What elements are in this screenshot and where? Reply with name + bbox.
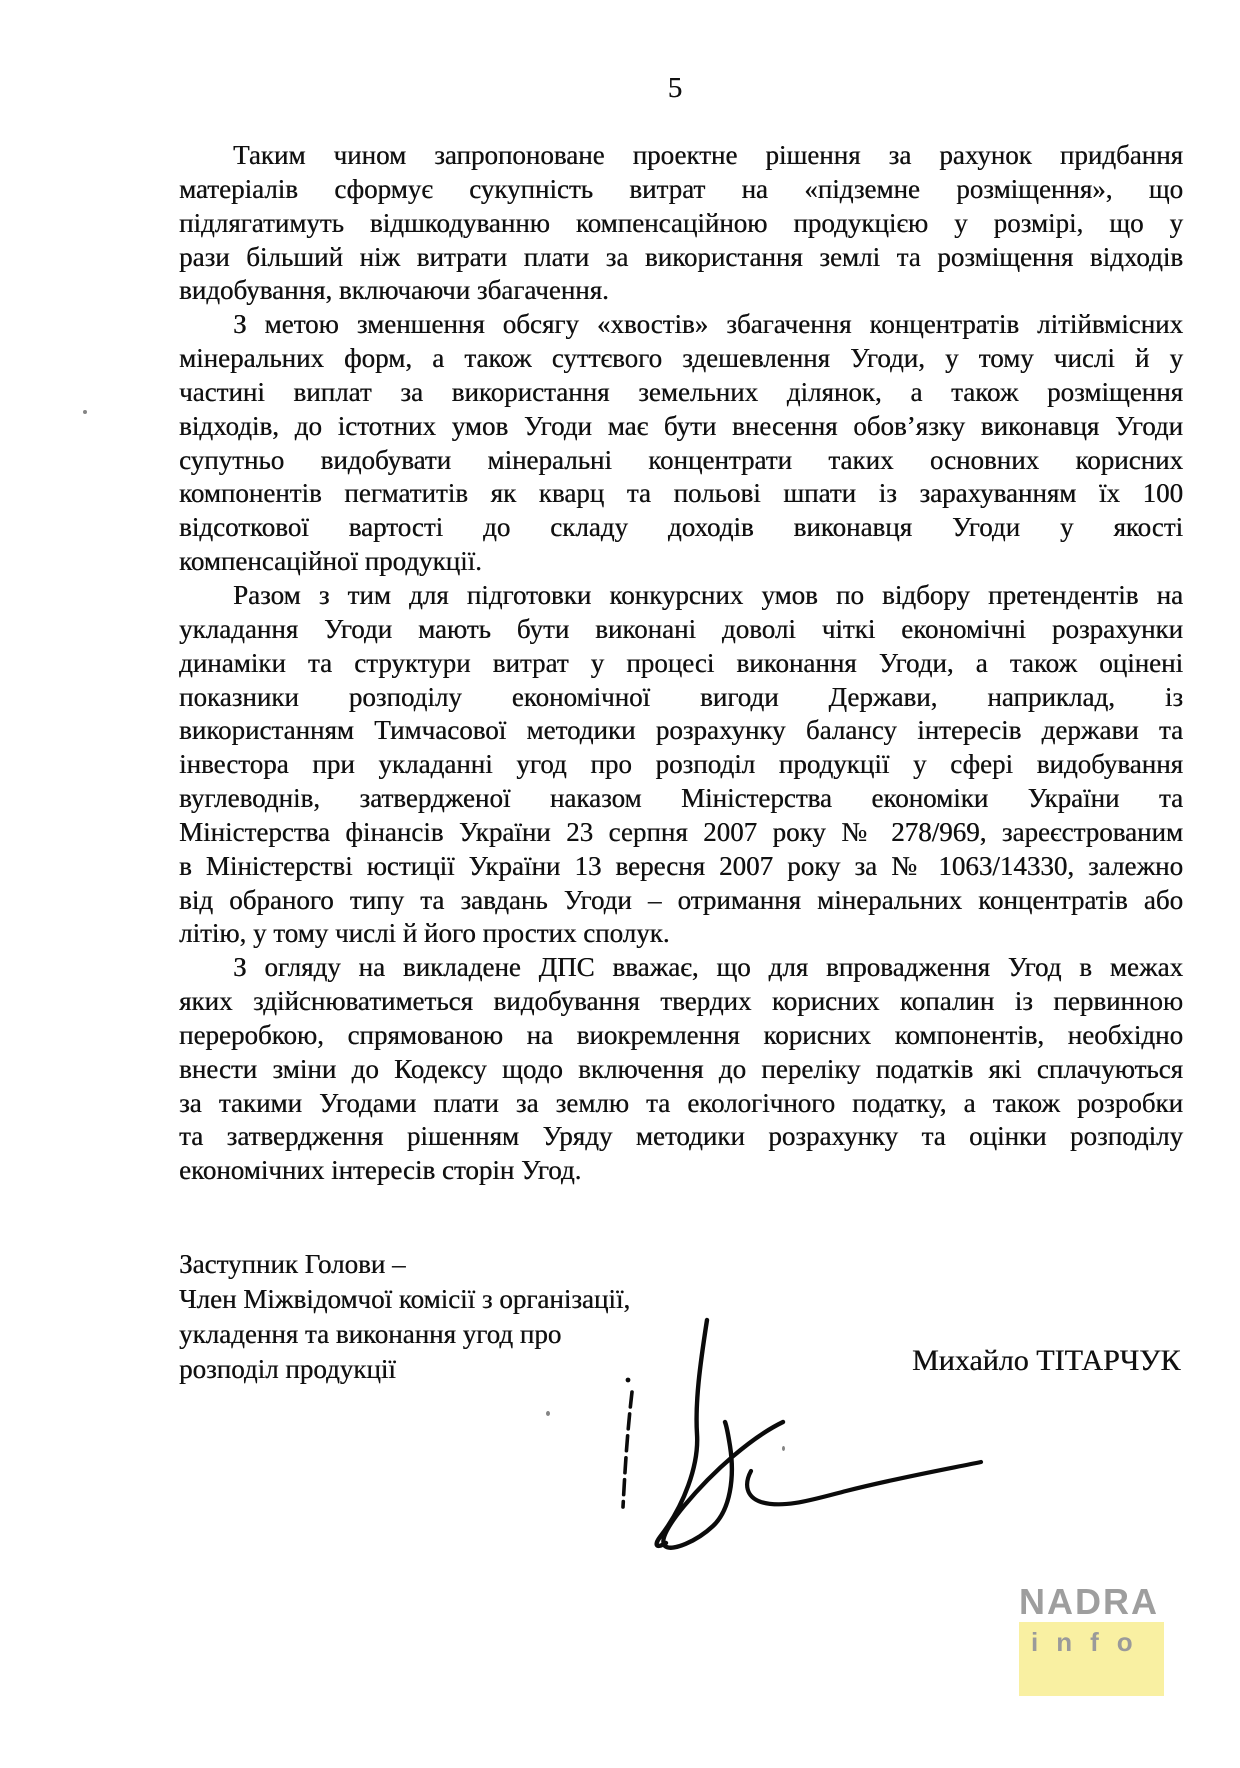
text-line: за такими Угодами плати за землю та екол… xyxy=(179,1087,1183,1121)
text-line: інвестора при укладанні угод про розподі… xyxy=(179,748,1183,782)
text-line: супутньо видобувати мінеральні концентра… xyxy=(179,444,1183,478)
text-line: вуглеводнів, затвердженої наказом Мініст… xyxy=(179,782,1183,816)
signature-title-line: Заступник Голови – xyxy=(179,1247,779,1282)
text-line: внести зміни до Кодексу щодо включення д… xyxy=(179,1053,1183,1087)
text-line: від обраного типу та завдань Угоди – отр… xyxy=(179,884,1183,918)
page-number: 5 xyxy=(660,72,690,105)
text-line: компонентів пегматитів як кварц та польо… xyxy=(179,477,1183,511)
watermark: NADRA info xyxy=(1019,1584,1179,1696)
text-line: Разом з тим для підготовки конкурсних ум… xyxy=(179,579,1183,613)
text-line: показники розподілу економічної вигоди Д… xyxy=(179,681,1183,715)
scan-artifact-dot xyxy=(546,1411,550,1416)
text-line: Міністерства фінансів України 23 серпня … xyxy=(179,816,1183,850)
text-line: Таким чином запропоноване проектне рішен… xyxy=(179,139,1183,173)
text-line: компенсаційної продукції. xyxy=(179,545,1183,579)
text-line: динаміки та структури витрат у процесі в… xyxy=(179,647,1183,681)
signer-name: Михайло ТІТАРЧУК xyxy=(912,1344,1180,1378)
text-line: відходів, до істотних умов Угоди має бут… xyxy=(179,410,1183,444)
text-line: З метою зменшення обсягу «хвостів» збага… xyxy=(179,308,1183,342)
scan-artifact-dot xyxy=(83,410,87,414)
scan-artifact-dot xyxy=(782,1446,785,1451)
text-line: видобування, включаючи збагачення. xyxy=(179,274,1183,308)
document-page: 5 Таким чином запропоноване проектне ріш… xyxy=(0,0,1240,1768)
text-line: мінеральних форм, а також суттєвого здеш… xyxy=(179,342,1183,376)
text-line: яких здійснюватиметься видобування тверд… xyxy=(179,985,1183,1019)
watermark-info-box: info xyxy=(1019,1622,1164,1696)
text-line: укладання Угоди мають бути виконані дово… xyxy=(179,613,1183,647)
text-line: З огляду на викладене ДПС вважає, що для… xyxy=(179,951,1183,985)
text-line: переробкою, спрямованою на виокремлення … xyxy=(179,1019,1183,1053)
text-line: використанням Тимчасової методики розрах… xyxy=(179,714,1183,748)
text-line: матеріалів сформує сукупність витрат на … xyxy=(179,173,1183,207)
text-line: рази більший ніж витрати плати за викори… xyxy=(179,241,1183,275)
text-line: та затвердження рішенням Уряду методики … xyxy=(179,1120,1183,1154)
text-line: відсоткової вартості до складу доходів в… xyxy=(179,511,1183,545)
watermark-sub: info xyxy=(1031,1627,1151,1657)
text-line: літію, у тому числі й його простих сполу… xyxy=(179,917,1183,951)
text-line: частині виплат за використання земельних… xyxy=(179,376,1183,410)
document-body: Таким чином запропоноване проектне рішен… xyxy=(179,139,1183,1188)
signature-ink-dot xyxy=(626,1378,631,1383)
text-line: підлягатимуть відшкодуванню компенсаційн… xyxy=(179,207,1183,241)
text-line: економічних інтересів сторін Угод. xyxy=(179,1154,1183,1188)
watermark-brand: NADRA xyxy=(1019,1584,1179,1620)
text-line: в Міністерстві юстиції України 13 вересн… xyxy=(179,850,1183,884)
